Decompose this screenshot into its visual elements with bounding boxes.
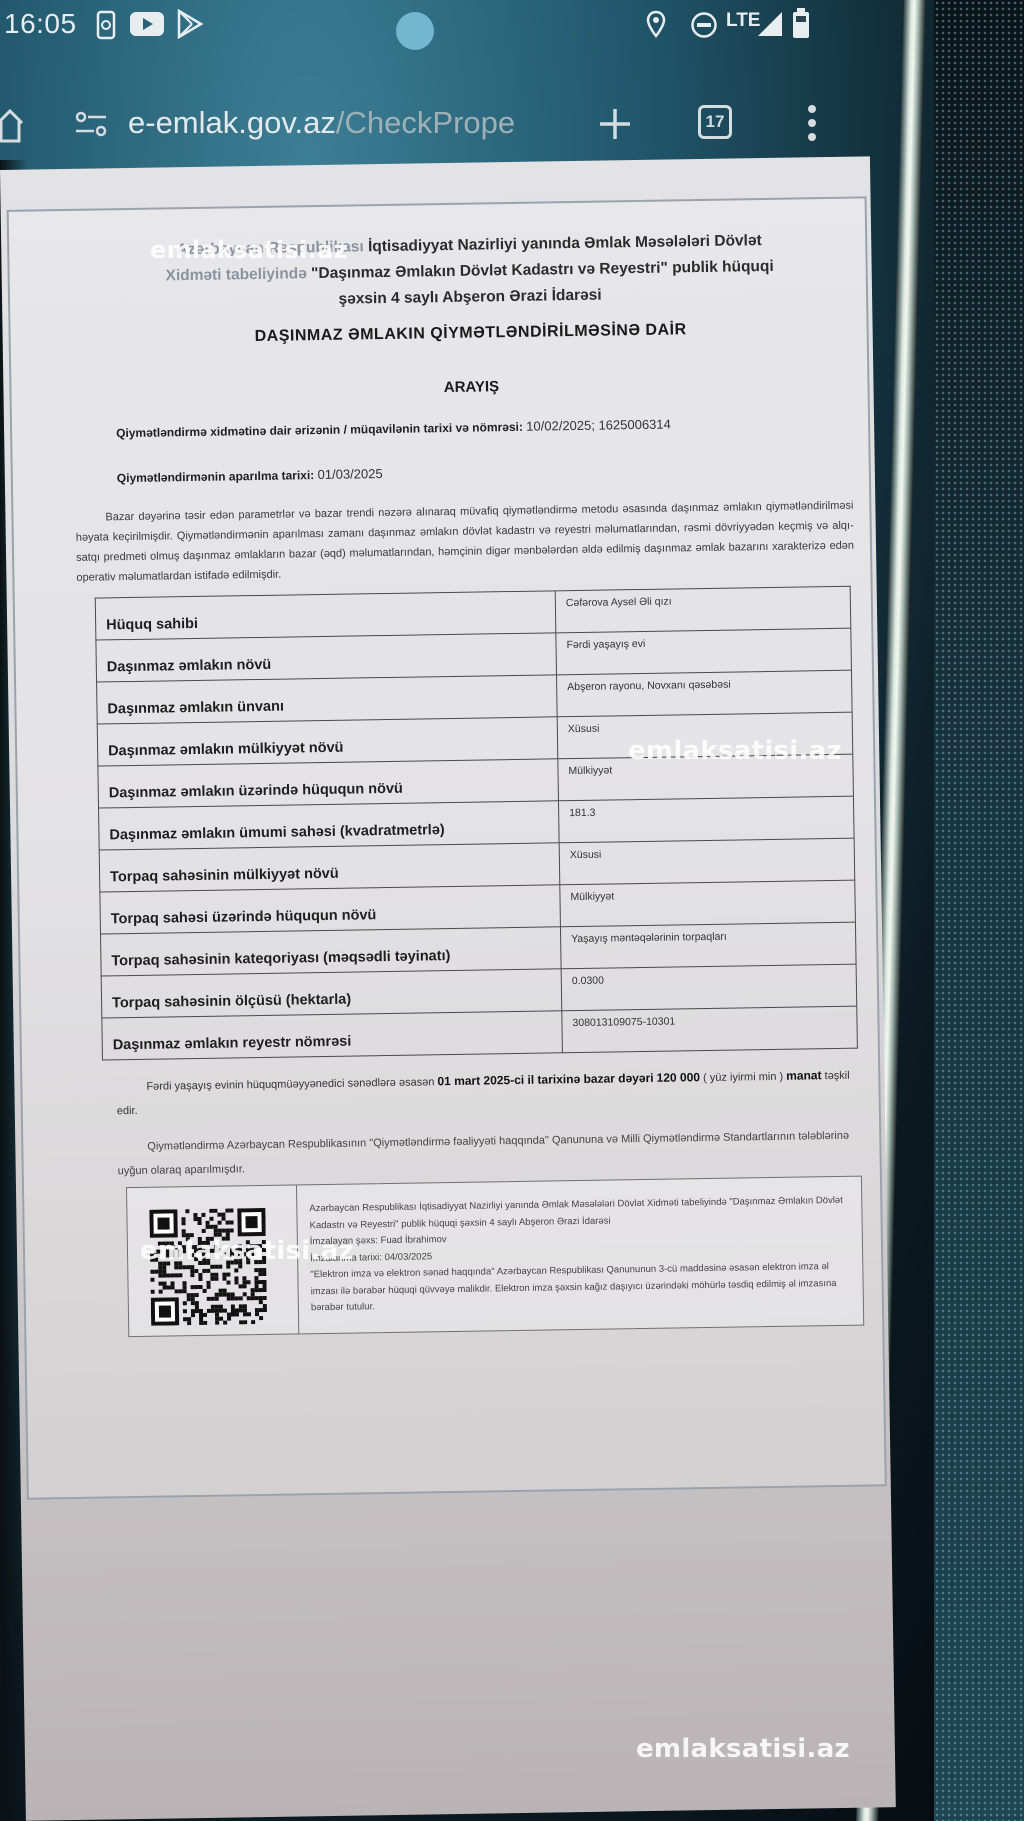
valuation-date-value: 01/03/2025 [317, 466, 382, 482]
play-store-icon [176, 9, 204, 39]
youtube-icon [130, 12, 164, 36]
signature-details: Azərbaycan Respublikası İqtisadiyyat Naz… [309, 1193, 851, 1317]
property-label: Daşınmaz əmlakın üzərində hüququn növü [98, 759, 559, 808]
url-path: /CheckPrope [336, 105, 515, 140]
property-label: Torpaq sahəsinin mülkiyyət növü [99, 843, 560, 892]
property-label: Torpaq sahəsinin kateqoriyası (məqsədli … [101, 927, 562, 976]
site-settings-icon[interactable] [74, 109, 108, 141]
agency-name-part: şəxsin 4 saylı Abşeron Ərazi İdarəsi [338, 287, 601, 308]
market-value-amount: 120 000 [656, 1070, 700, 1085]
home-icon[interactable] [0, 107, 24, 143]
property-value: Mülkiyyət [560, 880, 856, 927]
property-label: Torpaq sahəsi üzərində hüququn növü [100, 885, 561, 934]
market-value-currency: manat [786, 1068, 822, 1083]
property-label: Hüquq sahibi [95, 591, 556, 640]
method-paragraph: Bazar dəyərinə təsir edən parametrlər və… [75, 496, 854, 588]
front-camera [396, 12, 434, 50]
property-value: Xüsusi [559, 838, 855, 885]
status-bar: 16:05 LTE [0, 0, 880, 52]
application-info: Qiymətləndirmə xidmətinə dair ərizənin /… [116, 414, 852, 441]
tabs-button[interactable]: 17 [698, 105, 732, 139]
application-label: Qiymətləndirmə xidmətinə dair ərizənin /… [116, 420, 523, 440]
watermark: emlaksatisi.az [628, 736, 842, 766]
valuation-date-info: Qiymətləndirmənin aparılma tarixi: 01/03… [117, 459, 853, 486]
location-icon [646, 10, 666, 38]
web-page: Azərbaycan Respublikası İqtisadiyyat Naz… [0, 156, 896, 1820]
property-label: Daşınmaz əmlakın növü [96, 633, 557, 682]
watermark: emlaksatisi.az [140, 1236, 354, 1266]
market-value-words: ( yüz iyirmi min ) [703, 1071, 783, 1084]
new-tab-icon[interactable] [598, 107, 632, 141]
url-host: e-emlak.gov.az [128, 105, 336, 140]
signal-icon [758, 12, 782, 36]
property-label: Daşınmaz əmlakın ümumi sahəsi (kvadratme… [99, 801, 560, 850]
qr-code[interactable] [149, 1208, 267, 1326]
address-bar[interactable]: e-emlak.gov.az/CheckPrope [128, 105, 515, 141]
document-body: Azərbaycan Respublikası İqtisadiyyat Naz… [89, 199, 867, 1338]
do-not-disturb-icon [690, 11, 718, 39]
photo-background: 16:05 LTE e-emlak.gov.az/CheckPrope 17 A… [0, 0, 1024, 1821]
fabric-background [934, 0, 1024, 1821]
property-label: Daşınmaz əmlakın reyestr nömrəsi [102, 1011, 563, 1060]
market-value-paragraph: Fərdi yaşayış evinin hüquqmüəyyənedici s… [116, 1063, 863, 1124]
valuation-date-label: Qiymətləndirmənin aparılma tarixi: [117, 468, 315, 485]
application-value: 10/02/2025; 1625006314 [526, 416, 671, 433]
status-time: 16:05 [4, 8, 77, 40]
network-type: LTE [726, 10, 760, 32]
property-table: Hüquq sahibiCəfərova Aysel Əli qızıDaşın… [95, 586, 858, 1061]
agency-name-part: İqtisadiyyat Nazirliyi yanında Əmlak Məs… [364, 232, 762, 255]
property-label: Daşınmaz əmlakın mülkiyyət növü [97, 717, 558, 766]
signature-note: "Elektron imza və elektron sənəd haqqınd… [310, 1259, 851, 1317]
value-intro: Fərdi yaşayış evinin hüquqmüəyyənedici s… [146, 1076, 434, 1093]
property-value: Cəfərova Aysel Əli qızı [555, 586, 851, 633]
value-date-bold: 01 mart 2025-ci il tarixinə bazar dəyəri [437, 1071, 653, 1088]
browser-toolbar: e-emlak.gov.az/CheckPrope 17 [0, 95, 880, 155]
property-label: Daşınmaz əmlakın ünvanı [97, 675, 558, 724]
property-value: 181.3 [558, 796, 854, 843]
property-value: Abşeron rayonu, Novxanı qəsəbəsi [556, 670, 852, 717]
property-label: Torpaq sahəsinin ölçüsü (hektarla) [101, 969, 562, 1018]
law-paragraph: Qiymətləndirmə Azərbaycan Respublikasını… [117, 1124, 864, 1184]
agency-name-part: Xidməti tabeliyində [165, 265, 307, 284]
more-menu-icon[interactable] [806, 103, 818, 143]
battery-icon [792, 8, 810, 38]
screen-record-icon [96, 10, 116, 40]
agency-name-part: "Daşınmaz Əmlakın Dövlət Kadastrı və Rey… [307, 258, 774, 282]
property-value: Fərdi yaşayış evi [556, 628, 852, 675]
certificate-document: Azərbaycan Respublikası İqtisadiyyat Naz… [7, 196, 887, 1499]
document-title: DAŞINMAZ ƏMLAKIN QİYMƏTLƏNDİRİLMƏSİNƏ DA… [91, 319, 851, 349]
property-value: 308013109075-10301 [562, 1006, 858, 1053]
property-value: 0.0300 [561, 964, 857, 1011]
watermark: emlaksatisi.az [150, 236, 348, 264]
property-value: Yaşayış məntəqələrinin torpaqları [560, 922, 856, 969]
document-subtitle: ARAYIŞ [91, 373, 851, 402]
watermark: emlaksatisi.az [636, 1734, 850, 1764]
